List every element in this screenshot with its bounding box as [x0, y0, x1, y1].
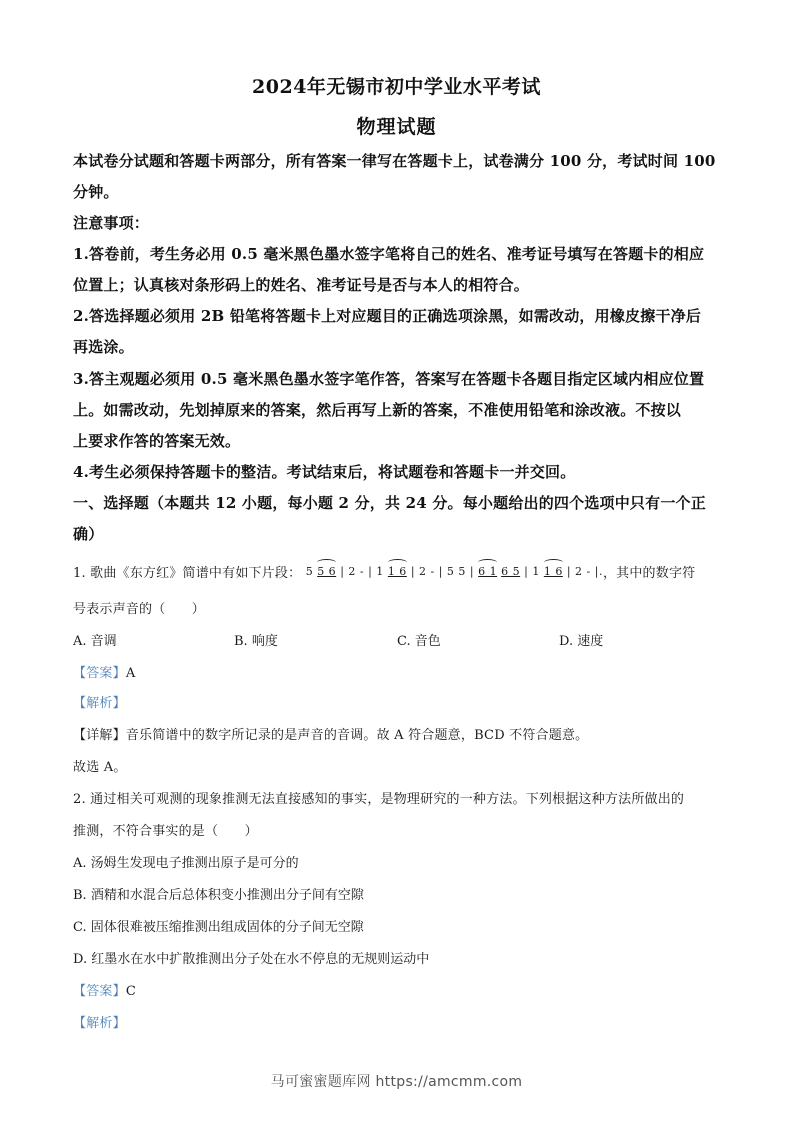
notation-note: | 2 - |. [567, 565, 603, 578]
answer-value: A [126, 666, 136, 681]
question-2-analysis: 【解析】 [73, 1012, 126, 1031]
option-label: C. [73, 920, 87, 935]
question-1-option-b: B. 响度 [234, 630, 278, 649]
option-label: A. [73, 634, 87, 649]
section-heading-line-1: 一、选择题（本题共 12 小题，每小题 2 分，共 24 分。每小题给出的四个选… [73, 492, 706, 513]
notice-item-3-line-2: 上。如需改动，先划掉原来的答案，然后再写上新的答案，不准使用铅笔和涂改液。不按以 [73, 399, 681, 420]
question-1-analysis: 【解析】 [73, 692, 126, 711]
question-2-option-c: C. 固体很难被压缩推测出组成固体的分子间无空隙 [73, 916, 364, 935]
answer-value: C [126, 984, 136, 999]
intro-line-1: 本试卷分试题和答题卡两部分，所有答案一律写在答题卡上，试卷满分 100 分，考试… [73, 150, 716, 171]
question-2-stem-line-2: 推测，不符合事实的是（ ） [73, 820, 258, 839]
notice-item-1-line-2: 位置上；认真核对条形码上的姓名、准考证号是否与本人的相符合。 [73, 274, 529, 295]
option-label: A. [73, 856, 87, 871]
question-2-option-d: D. 红墨水在水中扩散推测出分子处在水不停息的无规则运动中 [73, 948, 429, 967]
notice-item-3-line-3: 上要求作答的答案无效。 [73, 430, 240, 451]
question-2-answer: 【答案】C [73, 980, 136, 999]
option-text: 音色 [415, 634, 441, 649]
analysis-tag: 【解析】 [73, 696, 126, 711]
notation-note: | 2 - | 5 5 | [411, 565, 474, 578]
page-title: 2024年无锡市初中学业水平考试 [0, 72, 793, 99]
notation-slur: 6 1 [478, 565, 497, 578]
notice-item-2-line-1: 2.答选择题必须用 2B 铅笔将答题卡上对应题目的正确选项涂黑，如需改动，用橡皮… [73, 305, 701, 326]
option-label: D. [73, 952, 87, 967]
option-text: 响度 [252, 634, 278, 649]
section-heading-line-2: 确） [73, 523, 103, 544]
notation-note: 6 5 [501, 565, 520, 578]
option-text: 速度 [577, 634, 603, 649]
page-subtitle: 物理试题 [0, 112, 793, 139]
option-text: 酒精和水混合后总体积变小推测出分子间有空隙 [91, 888, 364, 903]
question-1-answer: 【答案】A [73, 662, 135, 681]
option-text: 固体很难被压缩推测出组成固体的分子间无空隙 [91, 920, 364, 935]
question-2-option-b: B. 酒精和水混合后总体积变小推测出分子间有空隙 [73, 884, 364, 903]
question-1-option-d: D. 速度 [559, 630, 603, 649]
option-text: 音调 [91, 634, 117, 649]
question-1-option-a: A. 音调 [73, 630, 117, 649]
question-1-stem-line-2: 号表示声音的（ ） [73, 598, 205, 617]
detail-tag: 【详解】 [73, 728, 126, 743]
option-label: B. [73, 888, 87, 903]
notation-slur: 1 6 [388, 565, 407, 578]
answer-tag: 【答案】 [73, 666, 126, 681]
detail-text: 音乐简谱中的数字所记录的是声音的音调。故 A 符合题意，BCD 不符合题意。 [126, 728, 589, 743]
notice-heading: 注意事项： [73, 212, 149, 233]
question-1-conclusion: 故选 A。 [73, 756, 127, 775]
notice-item-3-line-1: 3.答主观题必须用 0.5 毫米黑色墨水签字笔作答，答案写在答题卡各题目指定区域… [73, 368, 704, 389]
question-1-stem-suffix: ，其中的数字符 [603, 566, 695, 581]
question-2-option-a: A. 汤姆生发现电子推测出原子是可分的 [73, 852, 299, 871]
notation-slur: 5 6 [317, 565, 336, 578]
notation-note: | 2 - | 1 [340, 565, 384, 578]
question-1-stem-line-1: 1. 歌曲《东方红》简谱中有如下片段： 5 5 6 | 2 - | 1 1 6 … [73, 562, 695, 581]
option-label: C. [397, 634, 411, 649]
question-1-detail: 【详解】音乐简谱中的数字所记录的是声音的音调。故 A 符合题意，BCD 不符合题… [73, 724, 588, 743]
option-text: 汤姆生发现电子推测出原子是可分的 [91, 856, 299, 871]
question-1-option-c: C. 音色 [397, 630, 441, 649]
option-label: B. [234, 634, 248, 649]
question-1-stem-prefix: 1. 歌曲《东方红》简谱中有如下片段： [73, 566, 301, 581]
jianpu-notation: 5 5 6 | 2 - | 1 1 6 | 2 - | 5 5 | 6 1 6 … [306, 565, 603, 578]
notation-slur: 1 6 [544, 565, 563, 578]
notice-item-2-line-2: 再选涂。 [73, 336, 134, 357]
notation-note: | 1 [524, 565, 540, 578]
exam-page: 2024年无锡市初中学业水平考试 物理试题 本试卷分试题和答题卡两部分，所有答案… [0, 0, 793, 1122]
notation-note: 5 [306, 565, 314, 578]
intro-line-2: 分钟。 [73, 181, 119, 202]
footer-watermark: 马可蜜蜜题库网 https://amcmm.com [0, 1071, 793, 1091]
option-text: 红墨水在水中扩散推测出分子处在水不停息的无规则运动中 [91, 952, 429, 967]
analysis-tag: 【解析】 [73, 1016, 126, 1031]
option-label: D. [559, 634, 573, 649]
notice-item-4-line-1: 4.考生必须保持答题卡的整洁。考试结束后，将试题卷和答题卡一并交回。 [73, 461, 575, 482]
answer-tag: 【答案】 [73, 984, 126, 999]
question-2-stem-line-1: 2. 通过相关可观测的现象推测无法直接感知的事实，是物理研究的一种方法。下列根据… [73, 788, 684, 807]
notice-item-1-line-1: 1.答卷前，考生务必用 0.5 毫米黑色墨水签字笔将自己的姓名、准考证号填写在答… [73, 243, 704, 264]
